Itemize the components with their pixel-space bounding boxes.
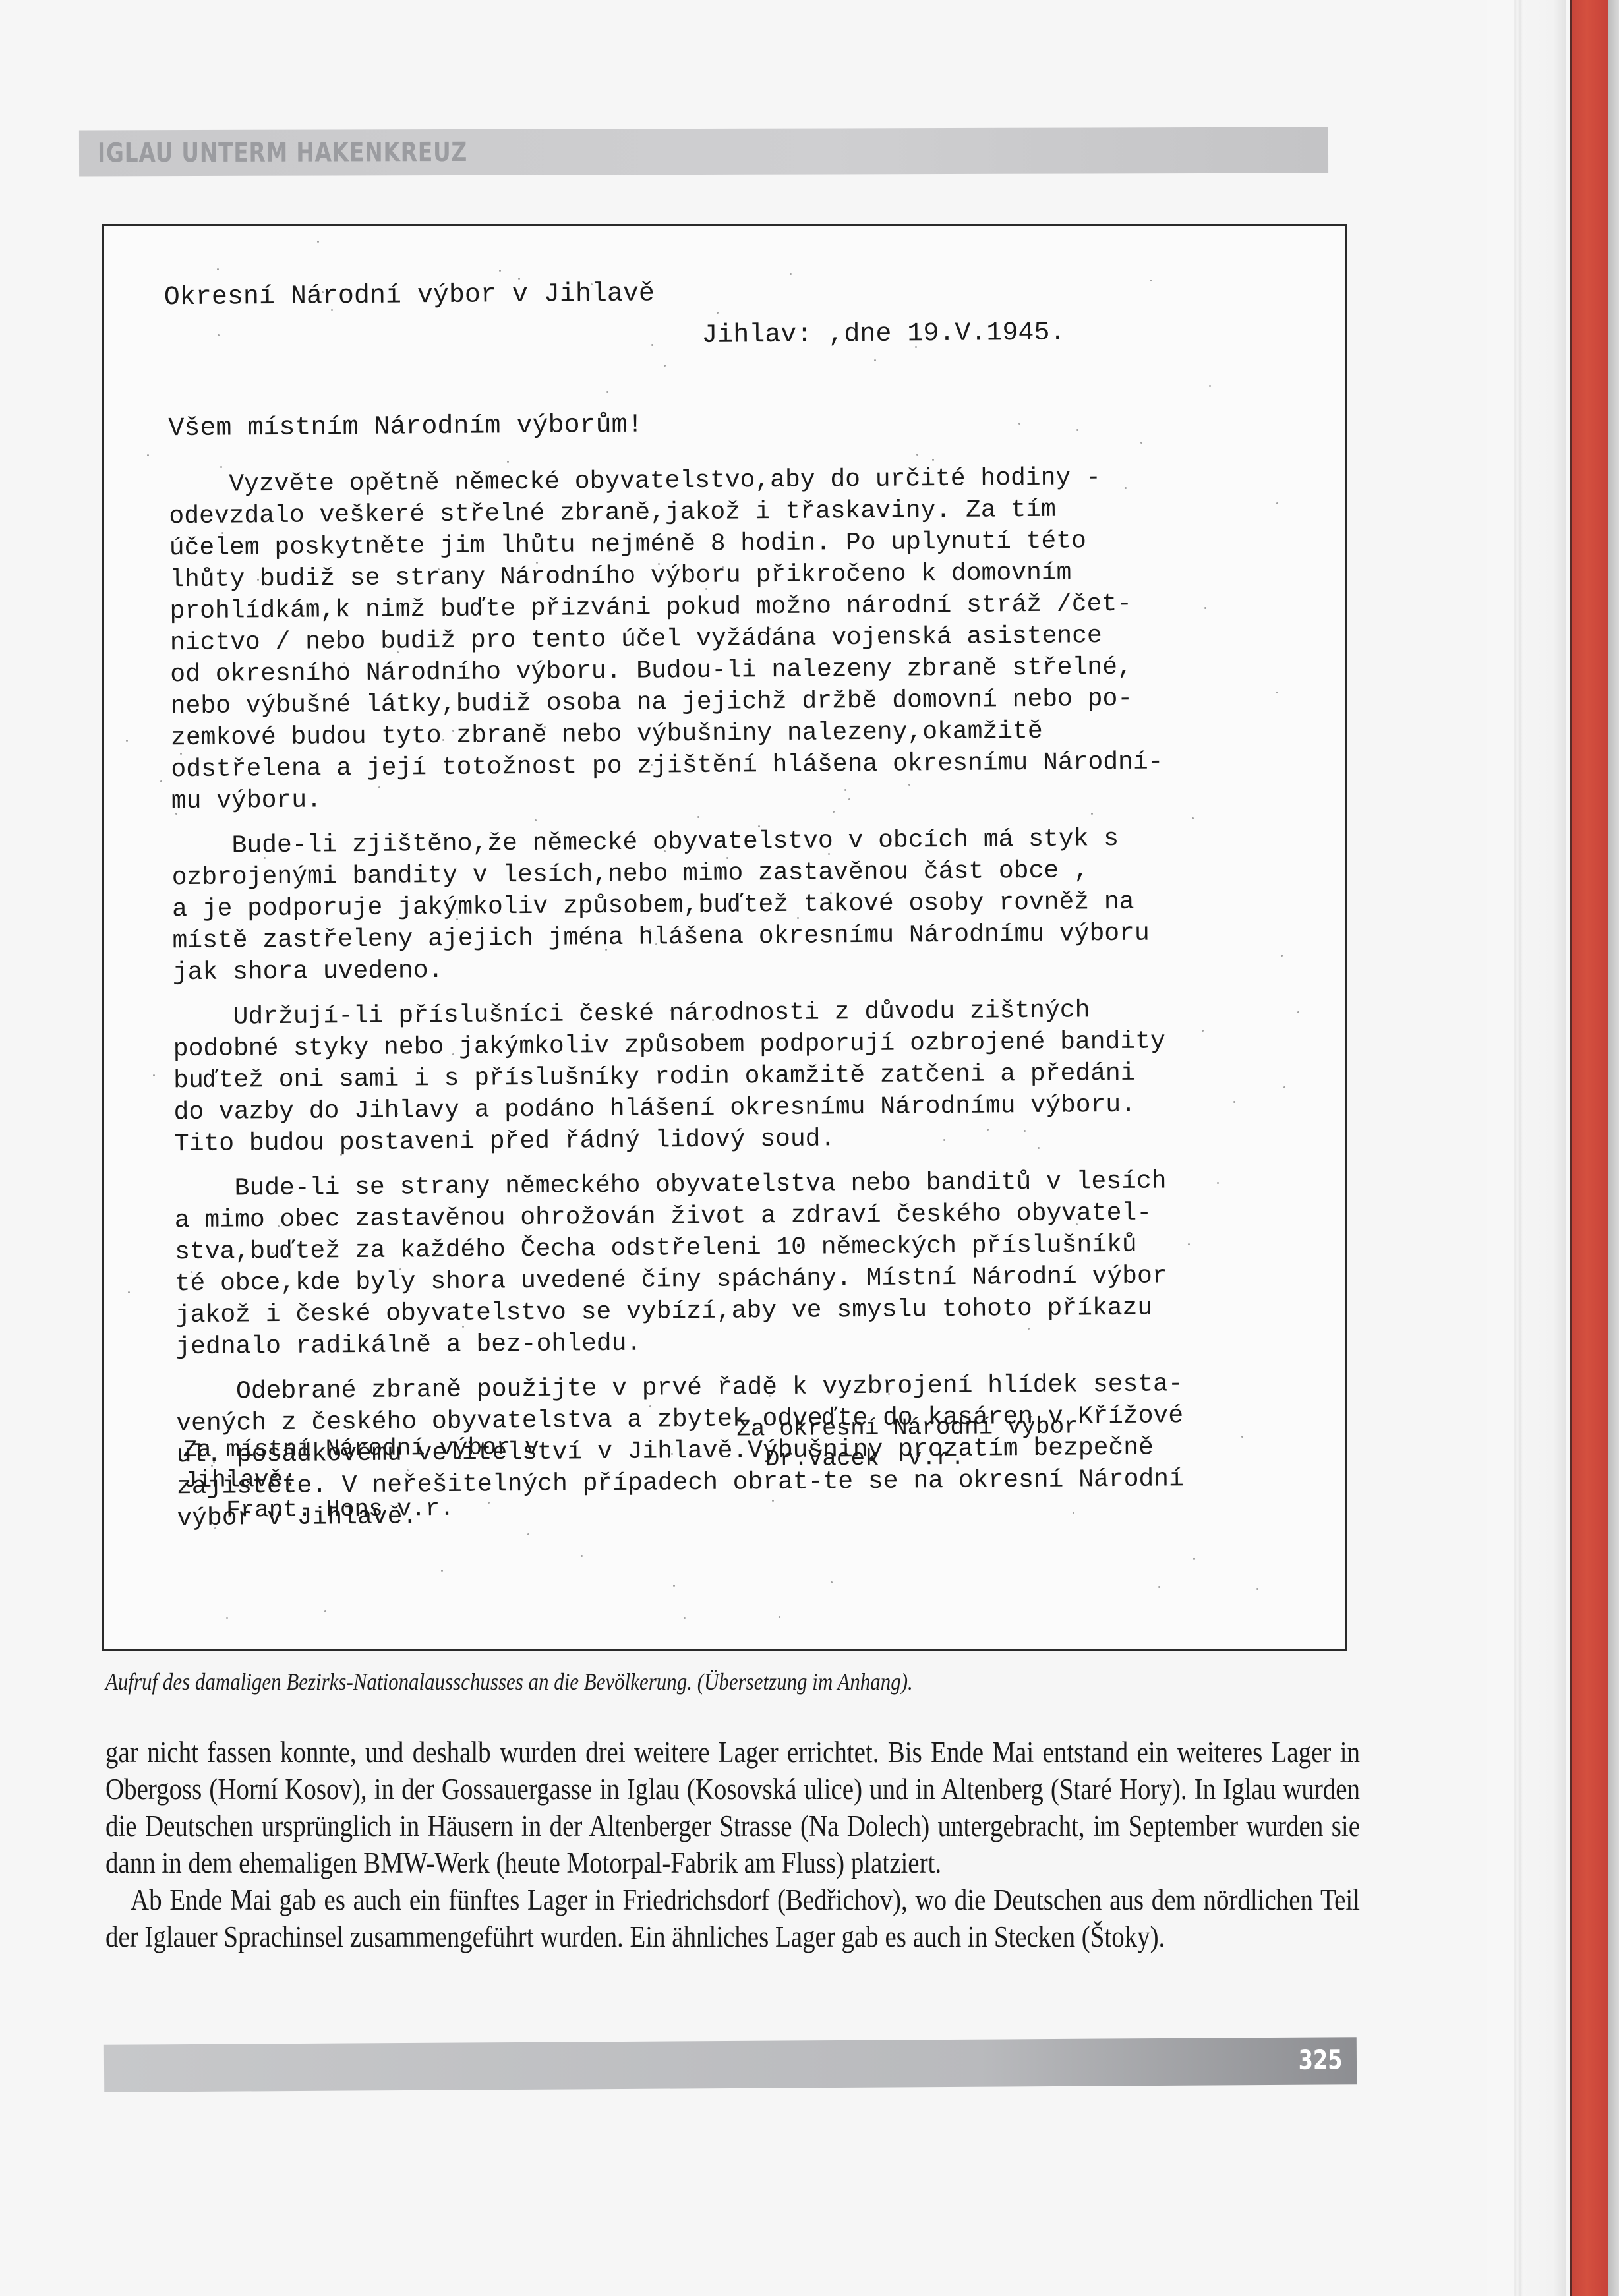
typed-letter: Okresní Národní výbor v Jihlavě Jihlav: … <box>104 216 1356 1649</box>
letter-paragraph: Udržují-li příslušníci české národnosti … <box>173 993 1308 1161</box>
letter-facsimile: Okresní Národní výbor v Jihlavě Jihlav: … <box>102 224 1347 1651</box>
signature-local-committee: Za místní Národní výbor v Jihlavě: Frant… <box>183 1432 539 1526</box>
figure-caption: Aufruf des damaligen Bezirks-Nationalaus… <box>105 1668 1171 1695</box>
letter-paragraph: Bude-li se strany německého obyvatelstva… <box>174 1165 1309 1363</box>
letter-body: Vyzvěte opětně německé obyvatelstvo,aby … <box>169 461 1311 1548</box>
letter-salutation: Všem místním Národním výborům! <box>168 410 643 446</box>
letter-paragraph: Vyzvěte opětně německé obyvatelstvo,aby … <box>169 461 1305 817</box>
body-text: gar nicht fassen konnte, und deshalb wur… <box>105 1734 1360 1955</box>
page-number: 325 <box>1298 2045 1342 2075</box>
scan-edge-shadow <box>1608 0 1619 2296</box>
body-paragraph: Ab Ende Mai gab es auch ein fünftes Lage… <box>105 1881 1360 1955</box>
letter-paragraph: Bude-li zjištěno,že německé obyvatelstvo… <box>171 822 1307 989</box>
running-header: IGLAU UNTERM HAKENKREUZ <box>79 127 1328 177</box>
letter-sender: Okresní Národní výbor v Jihlavě <box>164 278 655 314</box>
letter-date: Jihlav: ,dne 19.V.1945. <box>701 318 1065 352</box>
running-header-title: IGLAU UNTERM HAKENKREUZ <box>98 137 467 168</box>
signature-district-committee: Za okresní Národní výbor Dr.Vacek v.r. <box>736 1411 1078 1475</box>
body-paragraph: gar nicht fassen konnte, und deshalb wur… <box>105 1734 1360 1881</box>
book-binding-edge <box>1570 0 1610 2296</box>
book-page-edges <box>1487 0 1566 2296</box>
footer-band: 325 <box>104 2037 1357 2092</box>
